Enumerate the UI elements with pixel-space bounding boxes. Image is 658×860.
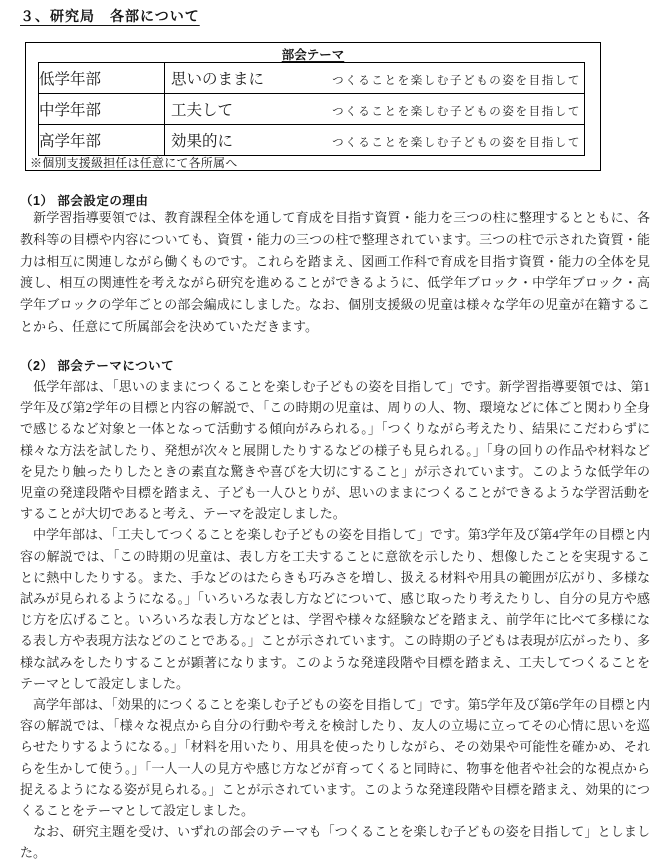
paragraph: 新学習指導要領では、教育課程全体を通して育成を目指す資質・能力を三つの柱に整理す… bbox=[20, 207, 650, 338]
theme-cell-content: 工夫して つくることを楽しむ子どもの姿を目指して bbox=[165, 98, 584, 120]
table-row: 低学年部 思いのままに つくることを楽しむ子どもの姿を目指して bbox=[39, 63, 585, 94]
theme-slogan: つくることを楽しむ子どもの姿を目指して bbox=[332, 72, 581, 88]
theme-cell: 思いのままに つくることを楽しむ子どもの姿を目指して bbox=[165, 63, 585, 94]
table-row: 中学年部 工夫して つくることを楽しむ子どもの姿を目指して bbox=[39, 94, 585, 125]
theme-slogan: つくることを楽しむ子どもの姿を目指して bbox=[332, 103, 581, 119]
theme-table-title: 部会テーマ bbox=[26, 45, 600, 63]
table-note: ※個別支援級担任は任意にて各所属へ bbox=[30, 154, 237, 171]
document-page: ３、研究局 各部について 部会テーマ 低学年部 思いのままに つくることを楽しむ… bbox=[0, 0, 658, 860]
table-row: 高学年部 効果的に つくることを楽しむ子どもの姿を目指して bbox=[39, 125, 585, 156]
theme-cell-content: 効果的に つくることを楽しむ子どもの姿を目指して bbox=[165, 129, 584, 151]
theme-name: 工夫して bbox=[171, 98, 233, 120]
theme-table: 低学年部 思いのままに つくることを楽しむ子どもの姿を目指して 中学年部 工夫し… bbox=[38, 62, 585, 156]
grade-cell: 中学年部 bbox=[39, 94, 165, 125]
section-2-heading: （2） 部会テーマについて bbox=[20, 356, 174, 374]
theme-slogan: つくることを楽しむ子どもの姿を目指して bbox=[332, 134, 581, 150]
page-title: ３、研究局 各部について bbox=[20, 6, 200, 26]
paragraph: 低学年部は、「思いのままにつくることを楽しむ子どもの姿を目指して」です。新学習指… bbox=[20, 376, 650, 524]
theme-name: 思いのままに bbox=[171, 67, 264, 89]
section-1-body: 新学習指導要領では、教育課程全体を通して育成を目指す資質・能力を三つの柱に整理す… bbox=[20, 207, 650, 338]
paragraph: なお、研究主題を受け、いずれの部会のテーマも「つくることを楽しむ子どもの姿を目指… bbox=[20, 821, 650, 860]
grade-cell: 高学年部 bbox=[39, 125, 165, 156]
paragraph: 中学年部は、「工夫してつくることを楽しむ子どもの姿を目指して」です。第3学年及び… bbox=[20, 524, 650, 694]
theme-name: 効果的に bbox=[171, 129, 233, 151]
paragraph: 高学年部は、「効果的につくることを楽しむ子どもの姿を目指して」です。第5学年及び… bbox=[20, 694, 650, 821]
theme-cell: 効果的に つくることを楽しむ子どもの姿を目指して bbox=[165, 125, 585, 156]
theme-cell-content: 思いのままに つくることを楽しむ子どもの姿を目指して bbox=[165, 67, 584, 89]
theme-cell: 工夫して つくることを楽しむ子どもの姿を目指して bbox=[165, 94, 585, 125]
section-2-body: 低学年部は、「思いのままにつくることを楽しむ子どもの姿を目指して」です。新学習指… bbox=[20, 376, 650, 860]
grade-cell: 低学年部 bbox=[39, 63, 165, 94]
theme-table-box: 部会テーマ 低学年部 思いのままに つくることを楽しむ子どもの姿を目指して 中学… bbox=[25, 42, 601, 171]
